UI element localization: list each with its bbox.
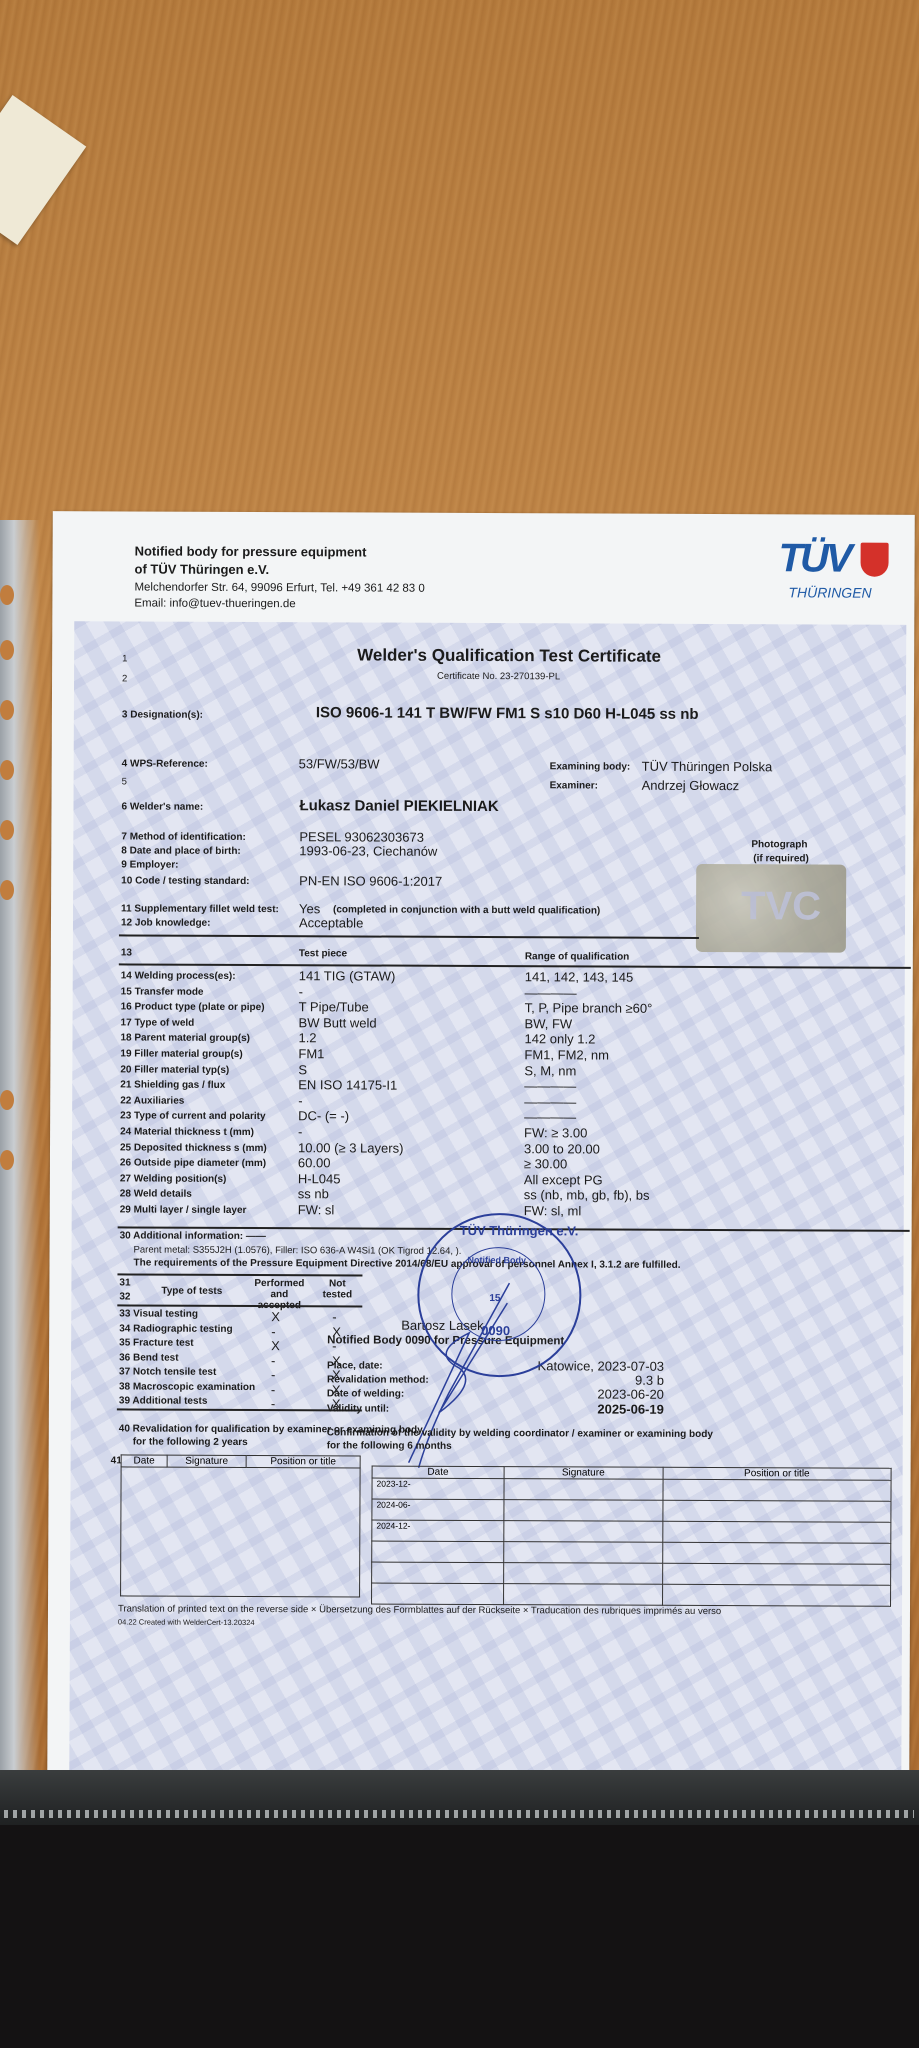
test-label: 36 Bend test <box>119 1352 179 1363</box>
tests-list: 33 Visual testingX-34 Radiographic testi… <box>53 511 915 515</box>
confirmation-cell-date[interactable]: 2023-12- <box>372 1478 504 1500</box>
revalidation-table: DateSignaturePosition or title <box>120 1454 361 1597</box>
confirmation-row <box>372 1562 891 1585</box>
param-label: 26 Outside pipe diameter (mm) <box>120 1158 266 1170</box>
photo-label-2: (if required) <box>753 853 809 864</box>
birth-label: 8 Date and place of birth: <box>121 845 241 857</box>
param-label: 29 Multi layer / single layer <box>120 1204 247 1216</box>
confirmation-cell-date[interactable] <box>372 1583 504 1605</box>
test-label: 37 Notch tensile test <box>119 1366 216 1377</box>
created-with: 04.22 Created with WelderCert-13.20324 <box>118 1617 255 1627</box>
param-label: 25 Deposited thickness s (mm) <box>120 1142 267 1154</box>
param-label: 16 Product type (plate or pipe) <box>121 1002 265 1014</box>
confirmation-cell-position[interactable] <box>662 1479 891 1501</box>
examiner-value: Andrzej Głowacz <box>642 778 740 793</box>
background-card <box>0 95 86 245</box>
birth-value: 1993-06-23, Ciechanów <box>299 843 437 859</box>
param-test-value: 60.00 <box>298 1155 331 1170</box>
param-label: 27 Welding position(s) <box>120 1173 227 1184</box>
id-label: 7 Method of identification: <box>121 831 245 843</box>
confirm-section-label: Confirmation of the validity by welding … <box>327 1427 713 1440</box>
confirmation-row: 2024-12- <box>372 1520 891 1543</box>
stamp-inner-text: Notified Body <box>468 1255 527 1265</box>
row-number: 32 <box>119 1291 130 1302</box>
confirmation-cell-position[interactable] <box>662 1584 891 1606</box>
validity-label: Validity until: <box>327 1403 389 1414</box>
col-position: Position or title <box>663 1467 892 1480</box>
confirmation-cell-position[interactable] <box>662 1542 891 1564</box>
param-test-value: - <box>299 984 303 999</box>
confirmation-cell-signature[interactable] <box>503 1542 662 1564</box>
col-signature: Signature <box>167 1455 246 1467</box>
param-range-value: FW: sl, ml <box>524 1203 582 1218</box>
param-range-value: T, P, Pipe branch ≥60° <box>525 1000 653 1016</box>
param-label: 17 Type of weld <box>121 1017 195 1028</box>
param-label: 14 Welding process(es): <box>121 970 236 982</box>
param-test-value: BW Butt weld <box>299 1015 377 1030</box>
confirmation-cell-date[interactable] <box>372 1562 504 1584</box>
binder-hole <box>0 640 14 660</box>
confirmation-cell-signature[interactable] <box>503 1563 662 1585</box>
binder-hole <box>0 1090 14 1110</box>
test-not-tested: - <box>332 1309 336 1324</box>
test-label: 35 Fracture test <box>119 1337 194 1348</box>
param-label: 18 Parent material group(s) <box>120 1033 250 1045</box>
test-performed: - <box>271 1324 275 1339</box>
param-test-value: 10.00 (≥ 3 Layers) <box>298 1140 403 1155</box>
place-label: Place, date: <box>327 1360 383 1371</box>
param-test-value: 1.2 <box>298 1031 316 1046</box>
col-date: Date <box>121 1455 167 1467</box>
confirmation-row: 2023-12- <box>372 1478 891 1501</box>
confirmation-row <box>372 1541 891 1564</box>
code-label: 10 Code / testing standard: <box>121 875 249 887</box>
test-performed: - <box>271 1382 275 1397</box>
confirmation-cell-date[interactable]: 2024-12- <box>372 1520 504 1542</box>
certificate-number: Certificate No. 23-270139-PL <box>437 671 560 683</box>
confirmation-cell-position[interactable] <box>662 1521 891 1543</box>
test-performed: X <box>271 1338 280 1353</box>
param-test-value: - <box>298 1093 302 1108</box>
param-label: 23 Type of current and polarity <box>120 1111 265 1123</box>
confirm-section-label-2: for the following 6 months <box>327 1440 452 1452</box>
wps-label: 4 WPS-Reference: <box>122 758 208 769</box>
param-label: 21 Shielding gas / flux <box>120 1080 225 1091</box>
param-label: 15 Transfer mode <box>121 986 204 997</box>
col-type-of-tests: Type of tests <box>161 1286 222 1297</box>
examining-body-label: Examining body: <box>550 761 631 772</box>
revalidation-body[interactable] <box>121 1467 361 1597</box>
binder-hole <box>0 880 14 900</box>
confirmation-cell-signature[interactable] <box>503 1584 662 1606</box>
param-range-value: FM1, FM2, nm <box>524 1047 609 1062</box>
param-range-value: ≥ 30.00 <box>524 1156 567 1171</box>
col-position: Position or title <box>246 1455 360 1467</box>
designation-label: 3 Designation(s): <box>122 709 203 720</box>
confirmation-row <box>372 1583 891 1606</box>
stamp-outer-text: TÜV Thüringen e.V. <box>460 1223 579 1239</box>
row-number: 31 <box>119 1277 130 1288</box>
org-address: Melchendorfer Str. 64, 99096 Erfurt, Tel… <box>134 581 424 594</box>
param-range-value: ss (nb, mb, gb, fb), bs <box>524 1188 650 1204</box>
hologram-sticker: TVC <box>696 864 846 953</box>
row-number: 2 <box>122 673 127 684</box>
col-date: Date <box>372 1466 504 1479</box>
param-label: 24 Material thickness t (mm) <box>120 1126 254 1138</box>
param-test-value: - <box>298 1124 302 1139</box>
param-range-value: 142 only 1.2 <box>524 1032 595 1047</box>
col-not-tested: Not tested <box>321 1278 353 1300</box>
confirmation-cell-position[interactable] <box>662 1500 891 1522</box>
reval-section-label-2: for the following 2 years <box>133 1436 248 1448</box>
fillet-value: Yes <box>299 901 320 916</box>
test-label: 34 Radiographic testing <box>119 1323 232 1334</box>
confirmation-cell-position[interactable] <box>662 1563 891 1585</box>
shield-icon <box>861 543 889 577</box>
col-test-piece: Test piece <box>299 948 347 959</box>
param-test-value: S <box>298 1062 307 1077</box>
param-range-value: ———— <box>525 985 577 1000</box>
hologram-text: TVC <box>741 884 821 929</box>
welder-label: 6 Welder's name: <box>121 801 203 812</box>
fillet-label: 11 Supplementary fillet weld test: <box>121 903 279 915</box>
row-number: 1 <box>122 653 127 664</box>
param-test-value: H-L045 <box>298 1171 341 1186</box>
confirmation-cell-signature[interactable] <box>504 1500 663 1522</box>
certificate-title: Welder's Qualification Test Certificate <box>357 645 661 666</box>
confirmation-row: 2024-06- <box>372 1499 891 1522</box>
job-value: Acceptable <box>299 915 363 930</box>
row-number: 13 <box>121 947 132 958</box>
param-label: 22 Auxiliaries <box>120 1095 184 1106</box>
param-range-value: S, M, nm <box>524 1063 576 1078</box>
col-range: Range of qualification <box>525 951 630 962</box>
designation-value: ISO 9606-1 141 T BW/FW FM1 S s10 D60 H-L… <box>316 704 699 723</box>
photo-label: Photograph <box>751 839 807 850</box>
param-test-value: FM1 <box>298 1046 324 1061</box>
param-range-value: ———— <box>524 1094 576 1109</box>
test-performed: - <box>271 1367 275 1382</box>
employer-label: 9 Employer: <box>121 859 178 870</box>
sleeve-perforation <box>4 1810 914 1818</box>
test-label: 38 Macroscopic examination <box>119 1381 255 1393</box>
additional-label: 30 Additional information: —— <box>120 1230 266 1242</box>
param-range-value: All except PG <box>524 1172 603 1187</box>
additional-line1: Parent metal: S355J2H (1.0576), Filler: … <box>134 1244 462 1256</box>
row-number: 5 <box>122 776 127 787</box>
param-range-value: 141, 142, 143, 145 <box>525 969 634 984</box>
param-label: 19 Filler material group(s) <box>120 1048 242 1060</box>
col-signature: Signature <box>504 1467 663 1480</box>
param-range-value: 3.00 to 20.00 <box>524 1141 600 1156</box>
examining-body-value: TÜV Thüringen Polska <box>642 759 773 775</box>
code-value: PN-EN ISO 9606-1:2017 <box>299 873 442 889</box>
param-test-value: DC- (= -) <box>298 1109 349 1124</box>
test-performed: X <box>271 1309 280 1324</box>
org-email: Email: info@tuev-thueringen.de <box>134 597 295 610</box>
binder-hole <box>0 1150 14 1170</box>
param-test-value: EN ISO 14175-I1 <box>298 1077 397 1092</box>
binder-hole <box>0 820 14 840</box>
parameters-list: 14 Welding process(es):141 TIG (GTAW)141… <box>53 511 915 515</box>
confirmation-cell-signature[interactable] <box>504 1521 663 1543</box>
binder-hole <box>0 585 14 605</box>
test-label: 33 Visual testing <box>119 1308 198 1319</box>
binder-hole <box>0 700 14 720</box>
examiner-label: Examiner: <box>550 780 598 791</box>
welder-name: Łukasz Daniel PIEKIELNIAK <box>299 797 498 815</box>
param-range-value: FW: ≥ 3.00 <box>524 1125 587 1140</box>
tuv-logo-sub: THÜRINGEN <box>788 584 871 600</box>
org-line1: Notified body for pressure equipment <box>135 543 367 559</box>
param-test-value: FW: sl <box>298 1202 335 1217</box>
binder-hole <box>0 760 14 780</box>
confirmation-cell-date[interactable] <box>372 1541 504 1563</box>
test-label: 39 Additional tests <box>119 1395 208 1406</box>
job-label: 12 Job knowledge: <box>121 917 211 928</box>
param-range-value: BW, FW <box>525 1016 573 1031</box>
param-label: 28 Weld details <box>120 1189 192 1200</box>
confirmation-table: DateSignaturePosition or title 2023-12-2… <box>371 1466 892 1607</box>
param-range-value: ———— <box>524 1110 576 1125</box>
test-performed: - <box>271 1353 275 1368</box>
param-test-value: 141 TIG (GTAW) <box>299 968 396 983</box>
confirmation-cell-date[interactable]: 2024-06- <box>372 1499 504 1521</box>
param-label: 20 Filler material typ(s) <box>120 1064 229 1075</box>
fillet-note: (completed in conjunction with a butt we… <box>333 904 600 916</box>
param-test-value: T Pipe/Tube <box>299 999 369 1014</box>
org-line2: of TÜV Thüringen e.V. <box>135 561 270 577</box>
wps-value: 53/FW/53/BW <box>299 756 380 771</box>
param-test-value: ss nb <box>298 1187 329 1202</box>
param-range-value: ———— <box>524 1078 576 1093</box>
confirmation-cell-signature[interactable] <box>504 1479 663 1501</box>
tuv-logo: TÜV <box>778 536 849 581</box>
certificate-page: Notified body for pressure equipment of … <box>47 511 915 1790</box>
dark-surface <box>0 1825 919 2048</box>
